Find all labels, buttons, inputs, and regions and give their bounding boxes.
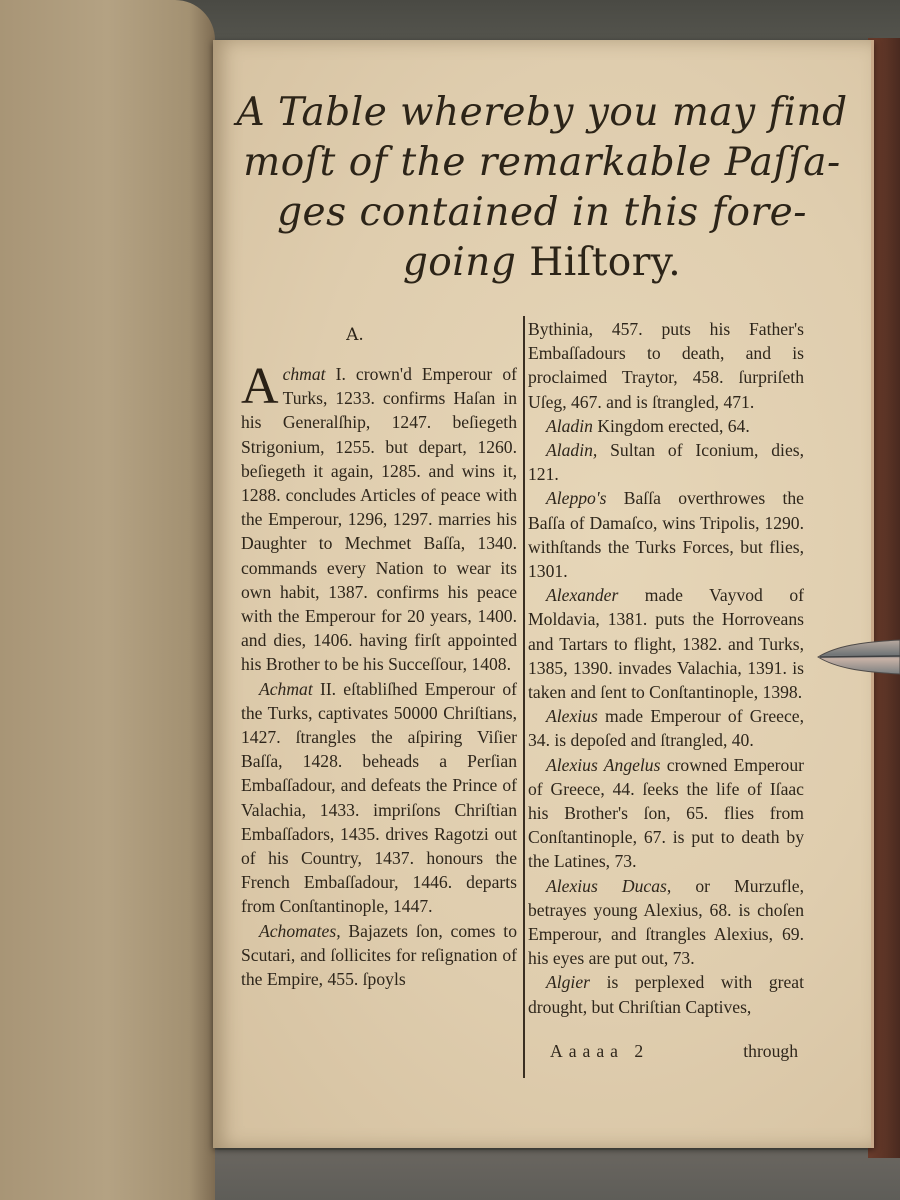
title-line-1: A Table whereby you may find bbox=[213, 88, 871, 138]
left-page-edge bbox=[0, 0, 215, 1200]
index-entry: Alexius Ducas, or Murzufle, betrayes you… bbox=[528, 874, 804, 971]
entry-text: I. crown'd Emperour of Turks, 1233. conf… bbox=[241, 364, 517, 674]
title-line-4: going Hiſtory. bbox=[213, 238, 871, 288]
index-entry: Aladin Kingdom erected, 64. bbox=[528, 414, 804, 438]
title-line-3: ges contained in this fore- bbox=[213, 188, 871, 238]
entry-head: chmat bbox=[283, 364, 326, 384]
page-title: A Table whereby you may find moſt of the… bbox=[213, 88, 871, 288]
index-entry: Aladin, Sultan of Iconium, dies, 121. bbox=[528, 438, 804, 486]
entry-text: Bythinia, 457. puts his Father's Embaſſa… bbox=[528, 319, 804, 412]
entry-head: Algier bbox=[546, 972, 590, 992]
book-page: A Table whereby you may find moſt of the… bbox=[213, 40, 874, 1148]
title-line-4-text: going bbox=[403, 240, 529, 285]
entry-head: Aleppo's bbox=[546, 488, 606, 508]
index-entry: Aleppo's Baſſa overthrowes the Baſſa of … bbox=[528, 486, 804, 583]
title-line-2: moſt of the remarkable Paſſa- bbox=[213, 138, 871, 188]
catchword: through bbox=[743, 1041, 798, 1062]
index-entry: Algier is perplexed with great drought, … bbox=[528, 970, 804, 1018]
entry-text: Kingdom erected, 64. bbox=[593, 416, 750, 436]
signature-mark: Aaaaa 2 bbox=[550, 1041, 649, 1062]
entry-head: Aladin, bbox=[546, 440, 597, 460]
index-entry: Achmat I. crown'd Emperour of Turks, 123… bbox=[241, 362, 517, 677]
metal-clasp-icon bbox=[816, 636, 900, 678]
entry-text: II. eſtabliſhed Emperour of the Turks, c… bbox=[241, 679, 517, 917]
section-letter: A. bbox=[325, 325, 385, 345]
column-divider bbox=[523, 316, 525, 1078]
index-entry: Alexius Angelus crowned Emperour of Gree… bbox=[528, 753, 804, 874]
index-entry: Achomates, Bajazets ſon, comes to Scutar… bbox=[241, 919, 517, 992]
right-column: Bythinia, 457. puts his Father's Embaſſa… bbox=[528, 317, 804, 1019]
entry-head: Aladin bbox=[546, 416, 593, 436]
index-entry: Alexius made Emperour of Greece, 34. is … bbox=[528, 704, 804, 752]
index-entry: Achmat II. eſtabliſhed Emperour of the T… bbox=[241, 677, 517, 919]
index-entry: Alexander made Vayvod of Moldavia, 1381.… bbox=[528, 583, 804, 704]
title-last-word: Hiſtory. bbox=[529, 240, 681, 285]
entry-head: Alexius Ducas bbox=[546, 876, 667, 896]
drop-cap: A bbox=[241, 365, 279, 409]
entry-head: Achmat bbox=[259, 679, 313, 699]
entry-head: Alexius Angelus bbox=[546, 755, 660, 775]
entry-head: Alexander bbox=[546, 585, 618, 605]
left-column: Achmat I. crown'd Emperour of Turks, 123… bbox=[241, 362, 517, 991]
index-entry-continuation: Bythinia, 457. puts his Father's Embaſſa… bbox=[528, 317, 804, 414]
entry-head: Achomates, bbox=[259, 921, 341, 941]
entry-head: Alexius bbox=[546, 706, 598, 726]
